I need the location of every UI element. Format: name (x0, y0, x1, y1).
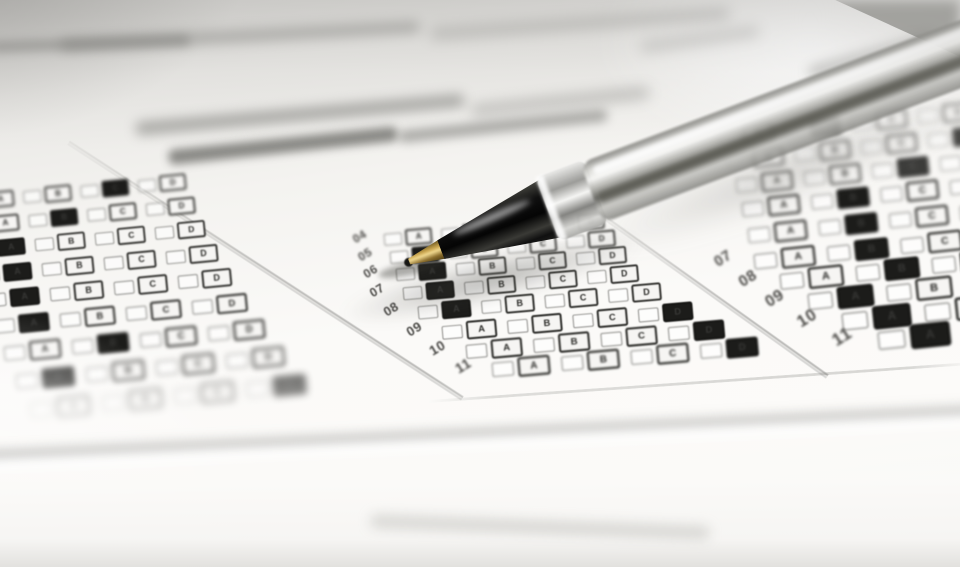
option-box-empty (85, 365, 108, 382)
option-box-empty (826, 244, 851, 262)
option-box-empty (572, 312, 594, 327)
option-box: A (490, 337, 523, 359)
option-box-empty (103, 255, 124, 270)
option-box: A (517, 355, 551, 377)
option-box-empty (630, 348, 653, 364)
option-box: D (631, 282, 662, 303)
option-box-empty (779, 271, 804, 289)
question-number: 06 (361, 262, 380, 281)
option-box-empty (507, 318, 529, 333)
option-box: B (915, 275, 954, 301)
option-box: B (954, 294, 960, 321)
option-box: A (0, 190, 15, 209)
option-box: C (117, 226, 146, 246)
option-box: A (773, 219, 808, 242)
option-box-empty (94, 231, 114, 245)
option-box-empty (924, 301, 952, 321)
option-box-empty (155, 359, 178, 376)
option-box-marked: A (9, 286, 40, 307)
option-box: C (200, 381, 235, 405)
option-box: D (167, 197, 196, 216)
option-box-empty (34, 237, 54, 251)
option-box: B (84, 305, 116, 327)
option-box-empty (880, 185, 903, 202)
option-box-marked: D (693, 319, 726, 341)
option-box-empty (877, 329, 906, 350)
option-box: D (609, 264, 639, 284)
option-box: A (28, 338, 61, 360)
option-box-empty (753, 251, 778, 269)
option-box-marked: C (101, 179, 129, 198)
option-box-empty (0, 292, 7, 307)
option-box: C (905, 179, 939, 202)
option-box-empty (855, 263, 880, 281)
option-box-empty (600, 331, 622, 347)
option-box-marked: A (41, 366, 75, 389)
option-box-marked: B (50, 208, 79, 227)
option-box-empty (886, 282, 912, 301)
option-box-empty (949, 178, 960, 195)
option-box: C (181, 352, 215, 375)
option-box: C (108, 202, 137, 221)
option-box-empty (23, 189, 42, 203)
blurred-text-line (168, 126, 398, 165)
option-box-empty (154, 225, 174, 239)
option-box-marked: A (2, 262, 32, 282)
option-box-empty (888, 211, 912, 228)
option-box-marked: A (0, 237, 26, 257)
option-box-empty (177, 273, 198, 288)
option-box-marked: D (725, 336, 759, 358)
option-box: B (111, 359, 145, 382)
option-box: B (531, 313, 563, 334)
option-box-empty (71, 338, 94, 354)
option-box-marked: B (844, 212, 879, 235)
option-box-empty (139, 331, 162, 347)
option-box-marked: C (896, 156, 929, 179)
option-box: D (188, 244, 218, 264)
option-box: D (251, 346, 285, 369)
option-box-empty (41, 261, 62, 276)
option-box-empty (101, 394, 125, 411)
paper-under-edge-shadow (370, 514, 710, 540)
option-box-empty (145, 202, 165, 216)
question-number: 09 (404, 319, 425, 340)
option-box-marked: D (272, 374, 307, 398)
option-box-empty (173, 387, 197, 404)
option-box: C (596, 307, 628, 328)
option-box-empty (59, 311, 81, 327)
option-box-empty (939, 155, 960, 171)
option-box-empty (29, 401, 53, 418)
option-box-empty (608, 287, 629, 302)
option-box: C (137, 274, 168, 295)
option-box-marked: A (836, 283, 875, 309)
option-box: D (177, 220, 206, 240)
option-box-empty (165, 249, 186, 264)
option-box: A (466, 318, 498, 339)
option-box-empty (207, 325, 230, 341)
option-box: A (807, 264, 844, 289)
option-box-empty (87, 207, 107, 221)
option-box-empty (245, 380, 269, 397)
option-box: C (927, 229, 960, 253)
option-box: D (216, 293, 248, 315)
option-box: C (568, 288, 599, 309)
option-box: D (233, 319, 266, 341)
option-box-empty (668, 325, 690, 341)
option-box-empty (465, 343, 487, 359)
option-box-empty (700, 342, 723, 358)
option-box-empty (80, 184, 99, 198)
blurred-text-line (398, 109, 608, 143)
option-box: C (915, 204, 950, 227)
option-box: C (150, 299, 182, 321)
option-box-empty (533, 337, 555, 353)
option-box: A (0, 213, 20, 232)
option-box-empty (191, 299, 213, 315)
photo-answer-sheet-with-pen: Multiple-choice answer sheet (optical ma… (0, 0, 960, 567)
option-box: A (405, 227, 433, 246)
option-box-empty (747, 226, 771, 243)
option-box-marked: B (883, 256, 920, 281)
option-box-marked: B (96, 332, 129, 354)
option-box-empty (383, 232, 402, 246)
option-box-empty (441, 324, 463, 339)
option-box: B (64, 256, 94, 276)
option-box: B (73, 280, 104, 301)
option-box: B (57, 231, 86, 251)
option-box-empty (638, 307, 660, 322)
option-box-empty (15, 372, 38, 389)
option-box: B (586, 349, 620, 371)
option-box-empty (811, 193, 834, 210)
option-box-empty (225, 352, 248, 369)
option-box: B (128, 388, 163, 412)
option-box: D (201, 268, 232, 289)
option-box-empty (544, 293, 565, 308)
option-box-empty (137, 178, 156, 192)
option-box-empty (931, 255, 956, 273)
option-box-empty (49, 286, 70, 301)
question-number: 04 (350, 227, 368, 245)
option-box: C (126, 250, 156, 270)
option-box-empty (818, 218, 842, 235)
option-box-empty (125, 305, 147, 321)
option-box: C (165, 325, 198, 347)
option-box: C (625, 325, 658, 347)
option-box-marked: B (836, 186, 870, 209)
option-box-marked: A (18, 312, 50, 334)
option-box: C (656, 342, 690, 364)
option-box: B (44, 184, 72, 203)
option-box-empty (0, 318, 15, 334)
option-box-empty (900, 236, 925, 254)
option-box-marked: D (662, 301, 694, 322)
option-box-empty (491, 360, 514, 376)
option-box-empty (113, 280, 134, 295)
question-number: 05 (356, 245, 375, 264)
question-number: 07 (711, 246, 735, 269)
option-box: A (780, 245, 816, 269)
option-box: A (56, 394, 91, 418)
option-box-marked: D (952, 125, 960, 147)
option-box-marked: A (909, 321, 952, 350)
option-box-empty (3, 344, 26, 360)
option-box-empty (28, 213, 48, 227)
option-box-marked: B (854, 237, 890, 261)
blurred-text-line (60, 21, 420, 52)
option-box-empty (561, 354, 584, 370)
option-box: B (558, 331, 591, 353)
option-box: D (159, 173, 187, 192)
